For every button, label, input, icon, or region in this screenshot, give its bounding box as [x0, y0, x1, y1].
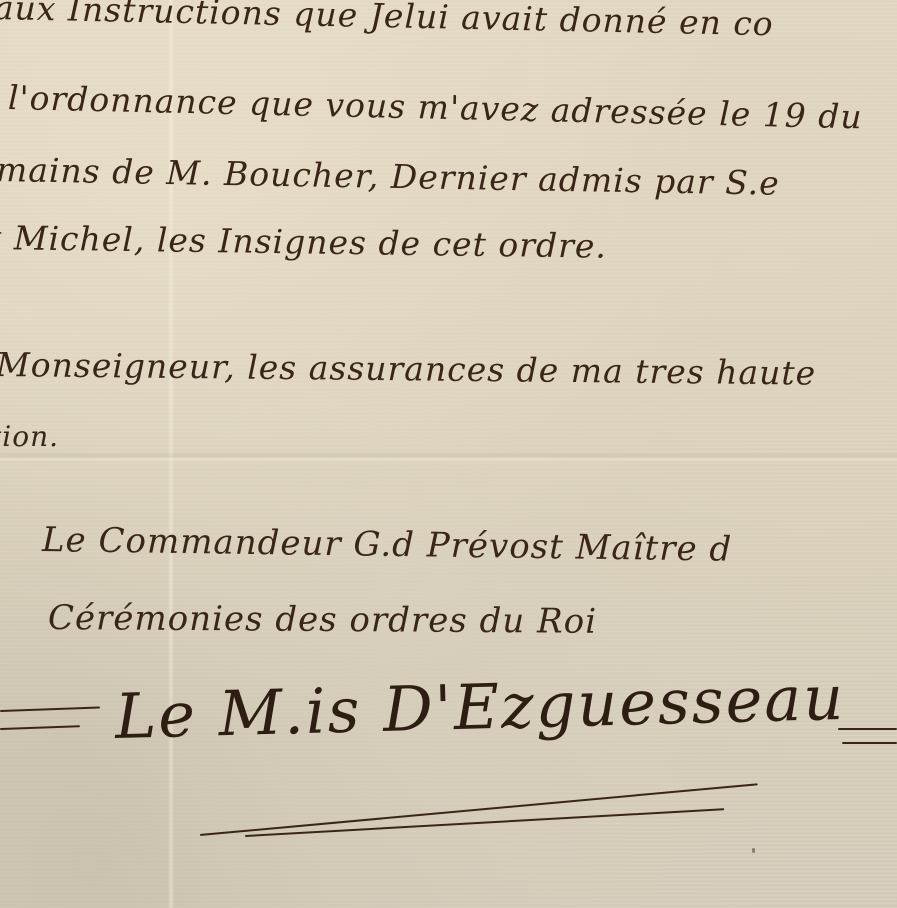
body-line-4: t Michel, les Insignes de cet ordre.: [0, 218, 607, 266]
body-line-5: Monseigneur, les assurances de ma tres h…: [0, 345, 816, 393]
body-line-6: tion.: [0, 420, 59, 453]
signature-left-dash-top: [0, 707, 100, 712]
horizontal-fold-crease: [0, 452, 897, 462]
closing-title-line-2: Cérémonies des ordres du Roi: [48, 598, 597, 642]
signature: Le M.is D'Ezguesseau: [114, 661, 846, 753]
body-line-3: mains de M. Boucher, Dernier admis par S…: [0, 150, 780, 203]
closing-title-line-1: Le Commandeur G.d Prévost Maître d: [42, 520, 733, 570]
body-line-2: l'ordonnance que vous m'avez adressée le…: [8, 78, 863, 136]
signature-left-dash-bottom: [0, 725, 80, 730]
ink-speck: [752, 848, 755, 853]
body-line-1: aux Instructions que Jelui avait donné e…: [0, 0, 774, 43]
signature-right-dash-top: [838, 728, 897, 730]
manuscript-page: aux Instructions que Jelui avait donné e…: [0, 0, 897, 908]
signature-right-dash-bottom: [842, 742, 897, 744]
signature-underline-flourish-1: [200, 783, 758, 836]
